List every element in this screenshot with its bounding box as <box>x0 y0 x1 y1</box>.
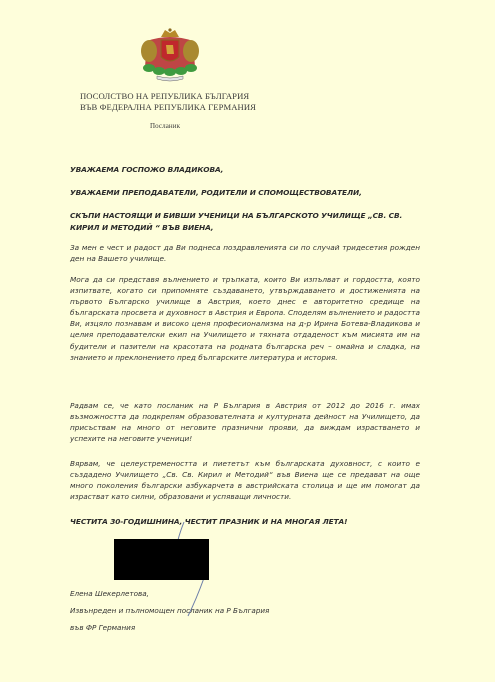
paragraph-1: За мен е чест и радост да Ви поднеса поз… <box>70 242 420 264</box>
salutation-1: УВАЖАЕМА ГОСПОЖО ВЛАДИКОВА, <box>70 164 420 175</box>
embassy-header-line2: ВЪВ ФЕДЕРАЛНА РЕПУБЛИКА ГЕРМАНИЯ <box>80 102 256 112</box>
bulgarian-coat-of-arms-icon <box>137 27 203 83</box>
signer-location: във ФР Германия <box>70 622 420 633</box>
signer-name: Елена Шекерлетова, <box>70 588 420 599</box>
letter-page: ПОСОЛСТВО НА РЕПУБЛИКА БЪЛГАРИЯ ВЪВ ФЕДЕ… <box>0 0 495 682</box>
salutation-2: УВАЖАЕМИ ПРЕПОДАВАТЕЛИ, РОДИТЕЛИ И СПОМО… <box>70 187 420 198</box>
header-subtitle: Посланик <box>150 122 180 130</box>
signer-title: Извънреден и пълномощен посланик на Р Бъ… <box>70 605 420 616</box>
redacted-signature <box>114 539 209 580</box>
closing-greeting: ЧЕСТИТА 30-ГОДИШНИНА, ЧЕСТИТ ПРАЗНИК И Н… <box>70 516 420 527</box>
salutation-3a: СКЪПИ НАСТОЯЩИ И БИВШИ УЧЕНИЦИ НА БЪЛГАР… <box>70 210 420 221</box>
paragraph-2: Мога да си представя вълнението и тръпка… <box>70 274 420 363</box>
salutation-3b: КИРИЛ И МЕТОДИЙ “ ВЪВ ВИЕНА, <box>70 222 420 233</box>
paragraph-3: Радвам се, че като посланик на Р Българи… <box>70 400 420 444</box>
paragraph-4: Вярвам, че целеустремеността и пиететът … <box>70 458 420 502</box>
embassy-header-line1: ПОСОЛСТВО НА РЕПУБЛИКА БЪЛГАРИЯ <box>80 91 249 101</box>
